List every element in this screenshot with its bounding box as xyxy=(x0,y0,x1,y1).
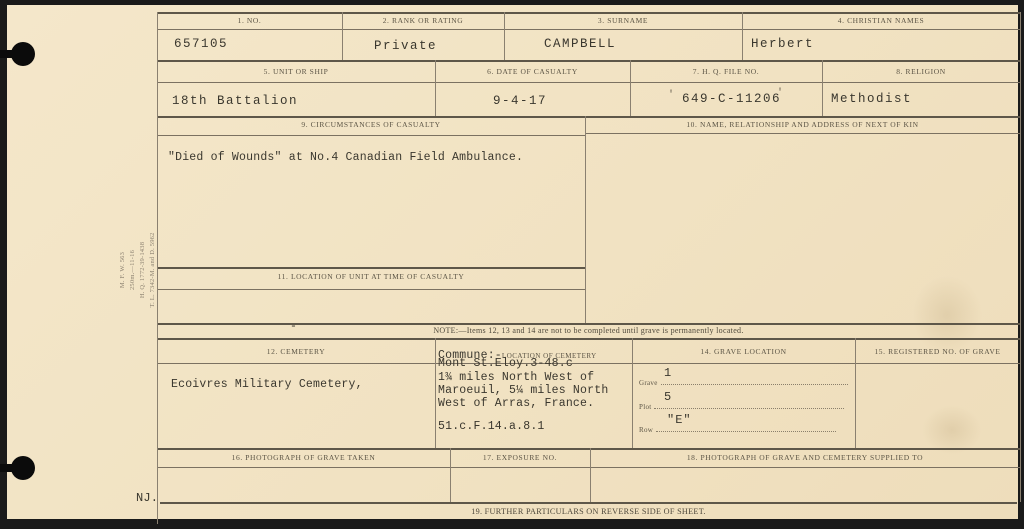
plot-value: 5 xyxy=(664,390,672,404)
rule-line xyxy=(157,448,1020,450)
footer-note: 19. FURTHER PARTICULARS ON REVERSE SIDE … xyxy=(157,507,1020,516)
grave-label: Grave xyxy=(639,379,658,387)
field-value-unit: 18th Battalion xyxy=(172,94,298,108)
rule-line xyxy=(157,323,1020,325)
field-label-no: 1. NO. xyxy=(157,16,342,25)
field-value-hq-file-no: 649-C-11206 xyxy=(682,92,781,106)
field-label-exposure-no: 17. EXPOSURE NO. xyxy=(450,453,590,462)
field-value-surname: CAMPBELL xyxy=(544,37,616,51)
field-label-cemetery: 12. CEMETERY xyxy=(157,347,435,356)
punch-slot xyxy=(0,50,15,58)
field-value-rank: Private xyxy=(374,39,437,53)
field-label-hq-file-no: 7. H. Q. FILE NO. xyxy=(630,67,822,76)
field-label-date-of-casualty: 6. DATE OF CASUALTY xyxy=(435,67,630,76)
field-value-cemetery: Ecoivres Military Cemetery, xyxy=(171,378,363,391)
cemetery-location-line: Maroeuil, 5¼ miles North xyxy=(438,384,608,397)
punch-slot xyxy=(0,464,15,472)
cemetery-location-line: West of Arras, France. xyxy=(438,397,594,410)
field-label-surname: 3. SURNAME xyxy=(504,16,742,25)
paper-stain xyxy=(912,275,982,355)
cemetery-location-line: Mont St.Eloy.3-48.c xyxy=(438,357,573,370)
field-label-photo-supplied: 18. PHOTOGRAPH OF GRAVE AND CEMETERY SUP… xyxy=(590,453,1020,462)
rule-line xyxy=(157,267,585,269)
clerk-initials: NJ. xyxy=(136,491,158,505)
field-value-circumstances: "Died of Wounds" at No.4 Canadian Field … xyxy=(168,151,523,164)
field-label-unit: 5. UNIT OR SHIP xyxy=(157,67,435,76)
stray-tick-mark: ' xyxy=(668,90,674,101)
map-reference-value: 51.c.F.14.a.8.1 xyxy=(438,420,545,433)
field-label-photo-taken: 16. PHOTOGRAPH OF GRAVE TAKEN xyxy=(157,453,450,462)
field-label-religion: 8. RELIGION xyxy=(822,67,1020,76)
stray-tick-mark: ' xyxy=(777,88,783,99)
field-label-unit-location: 11. LOCATION OF UNIT AT TIME OF CASUALTY xyxy=(157,272,585,281)
rule-line xyxy=(585,116,586,323)
printer-reference-stamp: M. F. W. 563 250m.—11-16 H. Q. 1772-39-1… xyxy=(118,222,160,318)
rule-line xyxy=(585,133,1020,134)
rule-line xyxy=(157,60,1020,62)
plot-label: Plot xyxy=(639,403,651,411)
row-row: Row xyxy=(639,426,839,434)
field-value-date-of-casualty: 9-4-17 xyxy=(493,94,547,108)
rule-line xyxy=(157,29,1020,30)
casualty-record-card: M. F. W. 563 250m.—11-16 H. Q. 1772-39-1… xyxy=(7,5,1018,519)
rule-line xyxy=(157,116,1020,118)
field-value-christian-names: Herbert xyxy=(751,37,814,51)
rule-line xyxy=(157,289,585,290)
plot-row: Plot xyxy=(639,403,847,411)
stamp-line: H. Q. 1772-39-1438 xyxy=(138,222,148,318)
grave-value: 1 xyxy=(664,366,672,380)
field-label-rank: 2. RANK OR RATING xyxy=(342,16,504,25)
dotted-rule xyxy=(656,430,836,432)
rule-line xyxy=(157,12,158,524)
field-value-no: 657105 xyxy=(174,37,228,51)
cemetery-location-line: 1¾ miles North West of xyxy=(438,371,594,384)
rule-line xyxy=(157,82,1020,83)
dotted-rule xyxy=(654,407,844,409)
rule-line xyxy=(157,135,585,136)
field-label-christian-names: 4. CHRISTIAN NAMES xyxy=(742,16,1020,25)
rule-line xyxy=(160,502,1017,504)
grave-row: Grave xyxy=(639,379,851,387)
row-label: Row xyxy=(639,426,653,434)
row-value: "E" xyxy=(667,413,692,427)
rule-line xyxy=(157,363,1020,364)
field-label-registered-no: 15. REGISTERED NO. OF GRAVE xyxy=(855,347,1020,356)
dotted-rule xyxy=(661,383,848,385)
grave-completion-note: NOTE:—Items 12, 13 and 14 are not to be … xyxy=(157,326,1020,335)
rule-line xyxy=(157,338,1020,340)
rule-line xyxy=(435,338,436,448)
field-label-next-of-kin: 10. NAME, RELATIONSHIP AND ADDRESS OF NE… xyxy=(585,120,1020,129)
stamp-line: M. F. W. 563 xyxy=(118,222,128,318)
scanned-record-page: M. F. W. 563 250m.—11-16 H. Q. 1772-39-1… xyxy=(0,0,1024,529)
field-label-grave-location: 14. GRAVE LOCATION xyxy=(632,347,855,356)
rule-line xyxy=(1020,12,1021,502)
field-value-religion: Methodist xyxy=(831,92,912,106)
rule-line xyxy=(157,12,1020,14)
stamp-line: 250m.—11-16 xyxy=(128,222,138,318)
field-label-circumstances: 9. CIRCUMSTANCES OF CASUALTY xyxy=(157,120,585,129)
rule-line xyxy=(157,467,1020,468)
